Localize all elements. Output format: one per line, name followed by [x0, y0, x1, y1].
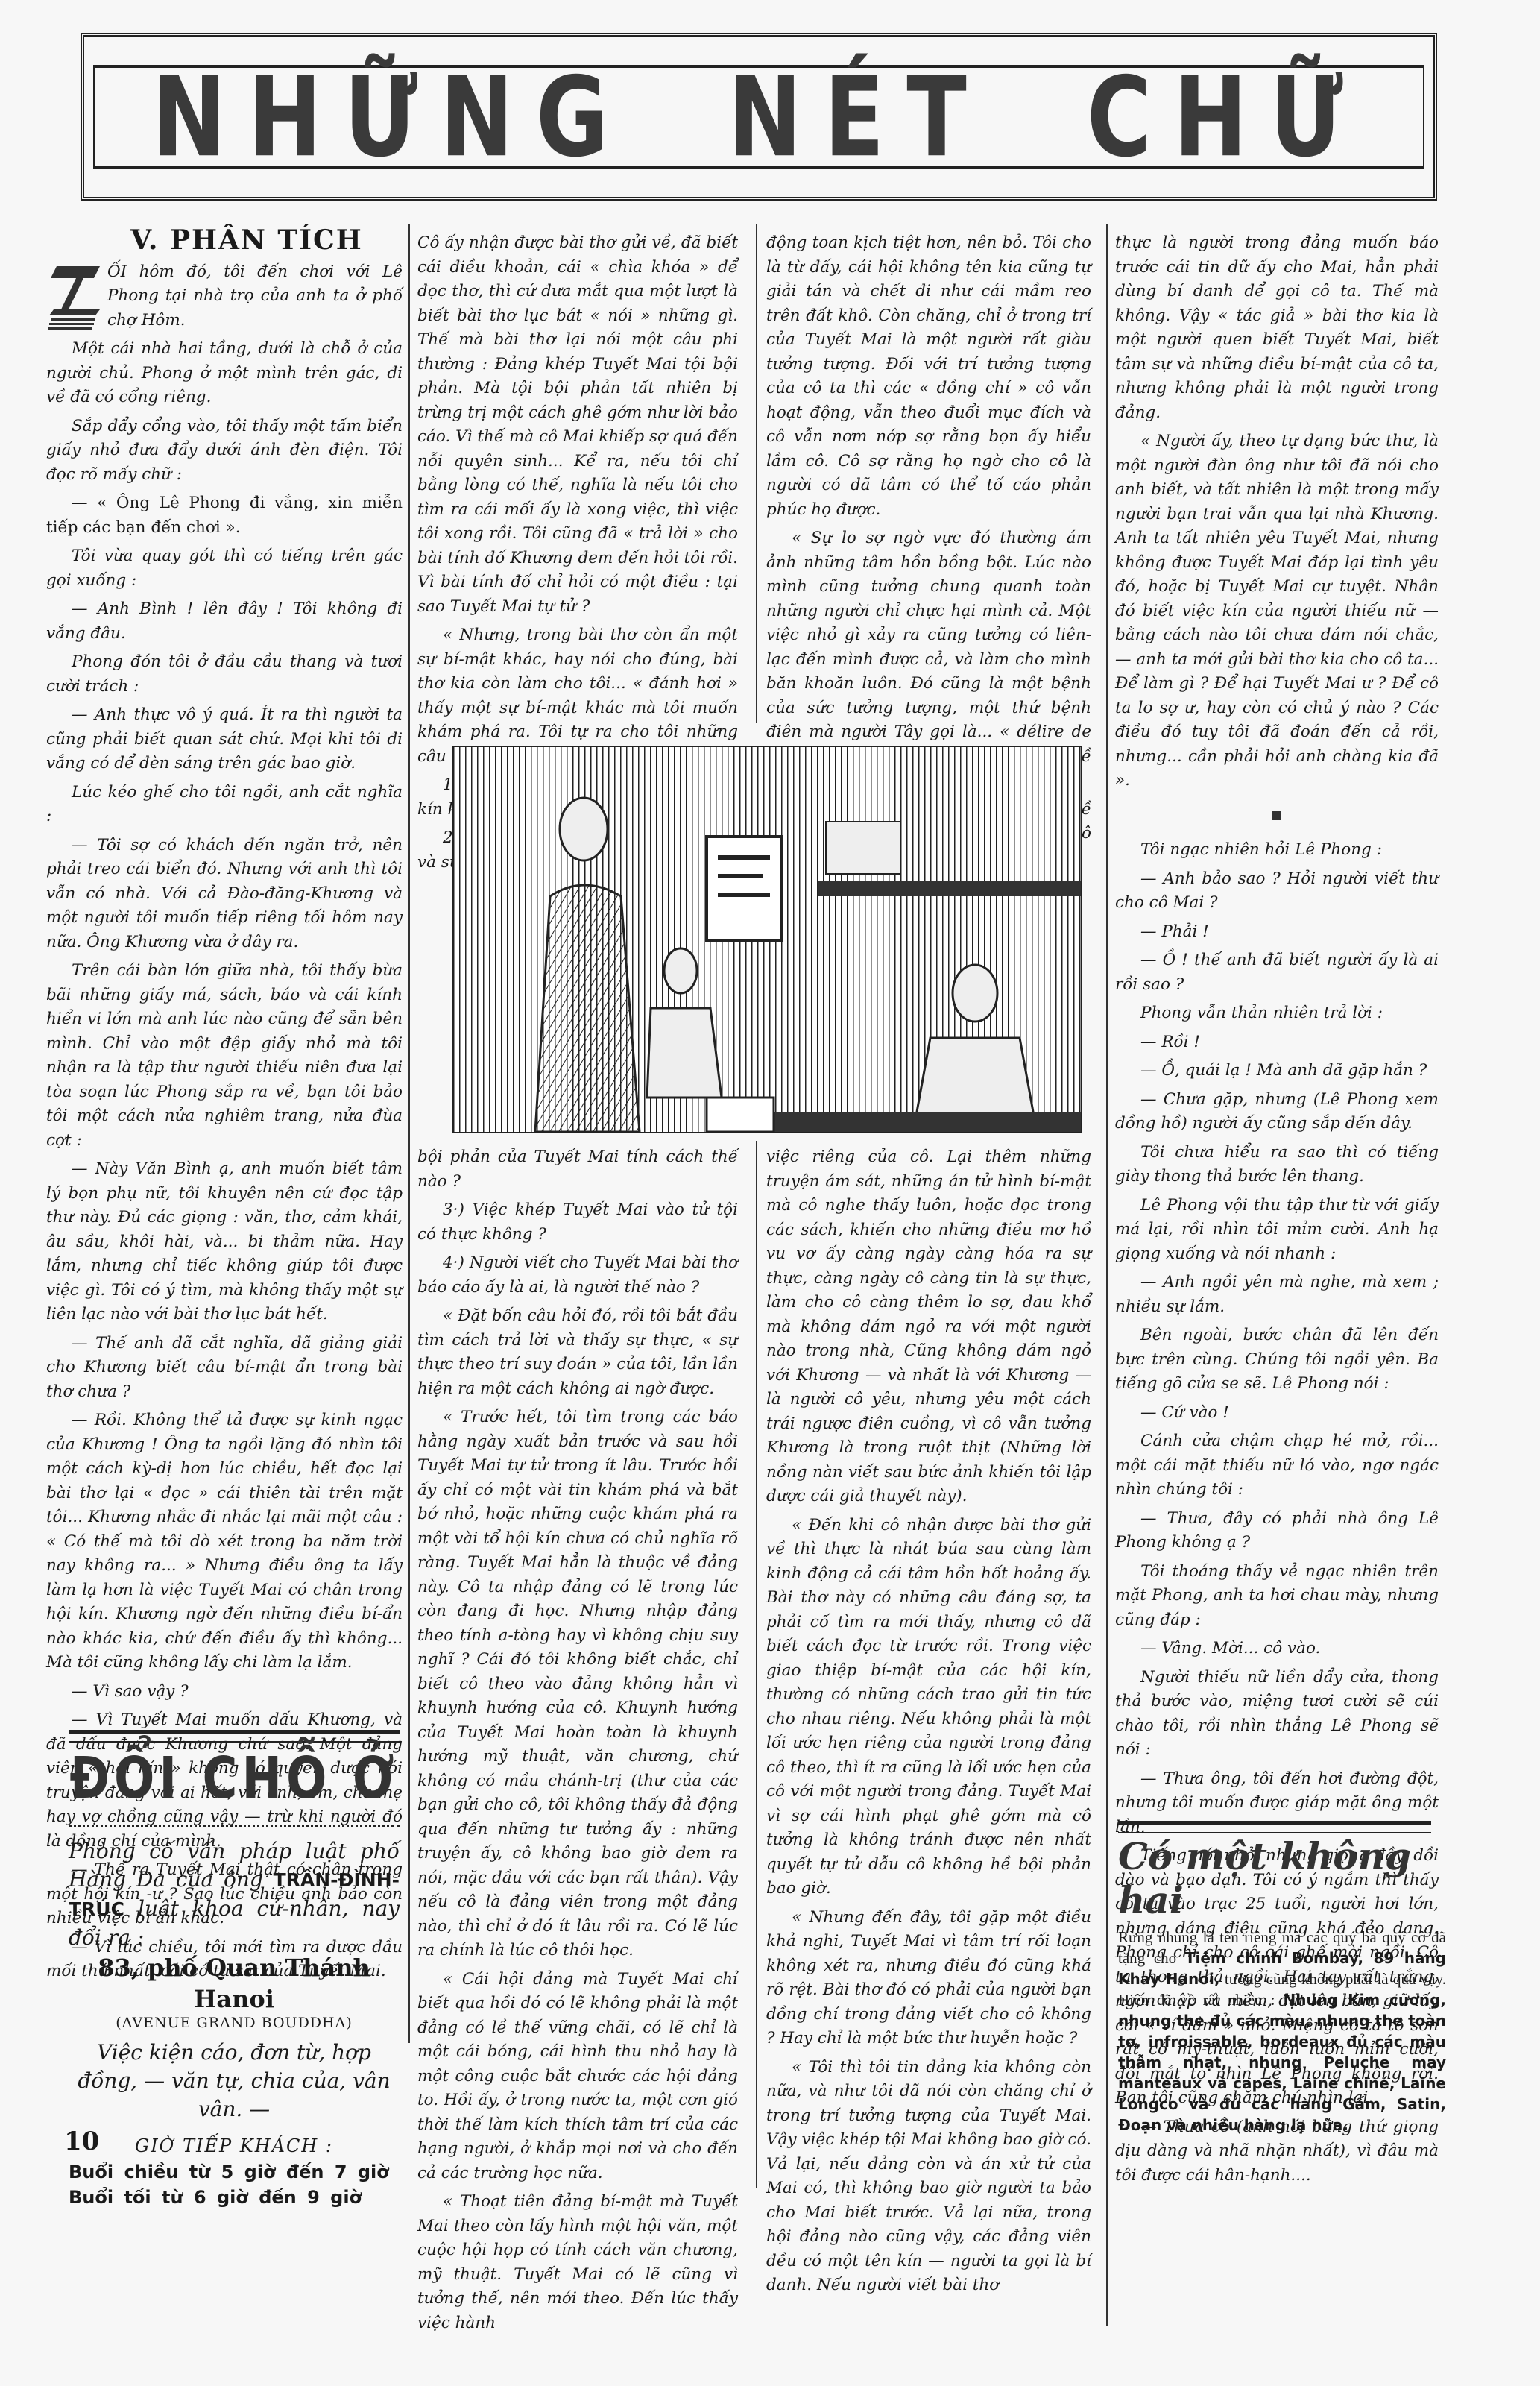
paragraph: « Tôi thì tôi tin đảng kia không còn nữa…	[766, 2056, 1091, 2298]
ad-title: Có một không hai	[1118, 1834, 1446, 1922]
dropcap-t-icon	[46, 263, 100, 330]
paragraph: 4·) Người viết cho Tuyết Mai bài thơ báo…	[417, 1251, 738, 1300]
column-divider	[408, 224, 410, 2043]
paragraph: — Cứ vào !	[1115, 1401, 1439, 1426]
paragraph: — Ồ ! thế anh đã biết người ấy là ai rồi…	[1115, 948, 1439, 997]
advertisement-doi-cho-o: ĐỔI CHỖ Ở Phòng cố vấn pháp luật phố Hàn…	[69, 1741, 400, 2210]
ad-text: Phòng cố vấn pháp luật phố Hàng Da của ô…	[69, 1837, 400, 1952]
paragraph: Tôi chưa hiểu ra sao thì có tiếng giày t…	[1115, 1141, 1439, 1189]
paragraph: — Anh thực vô ý quá. Ít ra thì người ta …	[46, 703, 403, 776]
page-number: 10	[64, 2127, 99, 2156]
ad-avenue: (AVENUE GRAND BOUDDHA)	[69, 2015, 400, 2031]
paragraph: « Đặt bốn câu hỏi đó, rồi tôi bắt đầu tì…	[417, 1304, 738, 1401]
paragraph: — Thưa, đây có phải nhà ông Lê Phong khô…	[1115, 1507, 1439, 1555]
square-ornament-icon	[1272, 811, 1281, 820]
paragraph: Lúc kéo ghế cho tôi ngồi, anh cắt nghĩa …	[46, 781, 403, 829]
paragraph: — Chưa gặp, nhưng (Lê Phong xem đồng hồ)…	[1115, 1088, 1439, 1136]
paragraph: Một cái nhà hai tầng, dưới là chỗ ở của …	[46, 337, 403, 410]
paragraph: Phong đón tôi ở đầu cầu thang và tươi cư…	[46, 650, 403, 699]
column-divider	[756, 224, 757, 723]
paragraph: bội phản của Tuyết Mai tính cách thế nào…	[417, 1145, 738, 1194]
paragraph: « Trước hết, tôi tìm trong các báo hằng …	[417, 1406, 738, 1963]
ad-body: Rừng nhung là tên riêng mà các quý bà qu…	[1118, 1927, 1446, 2135]
paragraph: « Người ấy, theo tự dạng bức thư, là một…	[1115, 429, 1439, 793]
ad-hours-1: Buổi chiều từ 5 giờ đến 7 giờ	[69, 2159, 400, 2185]
paragraph: — Vì sao vậy ?	[46, 1680, 403, 1704]
paragraph: « Cái hội đảng mà Tuyết Mai chỉ biết qua…	[417, 1968, 738, 2186]
ad-hours-2: Buổi tối từ 6 giờ đến 9 giờ	[69, 2185, 400, 2210]
paragraph: — Anh Bình ! lên đây ! Tôi không đi vắng…	[46, 597, 403, 646]
paragraph: Tôi vừa quay gót thì có tiếng trên gác g…	[46, 544, 403, 593]
ad-address: 83, phố Quan Thánh Hanoi	[69, 1952, 400, 2015]
paragraph: thực là người trong đảng muốn báo trước …	[1115, 231, 1439, 425]
paragraph: việc riêng của cô. Lại thêm những truyện…	[766, 1145, 1091, 1509]
column-divider	[756, 1141, 757, 2188]
paragraph: — Tôi sợ có khách đến ngăn trở, nên phải…	[46, 834, 403, 955]
ad-hours-heading: GIỜ TIẾP KHÁCH :	[69, 2135, 400, 2156]
header-banner: NHỮNG NÉT CHỮ	[81, 33, 1437, 201]
paragraph: Bên ngoài, bước chân đã lên đến bực trên…	[1115, 1323, 1439, 1397]
paragraph: « Thoạt tiên đảng bí-mật mà Tuyết Mai th…	[417, 2190, 738, 2335]
paragraph: Người thiếu nữ liền đẩy cửa, thong thả b…	[1115, 1666, 1439, 1763]
paragraph: Cánh cửa chậm chạp hé mở, rồi... một cái…	[1115, 1429, 1439, 1502]
paragraph: Cô ấy nhận được bài thơ gửi về, đã biết …	[417, 231, 738, 619]
section-separator	[1115, 804, 1439, 828]
paragraph: Phong vẫn thản nhiên trả lời :	[1115, 1001, 1439, 1026]
paragraph: — Vâng. Mời... cô vào.	[1115, 1637, 1439, 1661]
advertisement-co-mot-khong-hai: Có một không hai Rừng nhung là tên riêng…	[1118, 1819, 1446, 2135]
article-column-1: V. PHÂN TÍCH ỐI hôm đó, tôi đến chơi với…	[46, 224, 403, 1989]
paragraph: Trên cái bàn lớn giữa nhà, tôi thấy bừa …	[46, 959, 403, 1153]
story-illustration	[452, 746, 1082, 1133]
column-divider	[1106, 224, 1108, 2326]
paragraph: Sắp đẩy cổng vào, tôi thấy một tấm biển …	[46, 415, 403, 488]
paragraph: — Anh bảo sao ? Hỏi người viết thư cho c…	[1115, 867, 1439, 916]
paragraph: — Anh ngồi yên mà nghe, mà xem ; nhiều s…	[1115, 1271, 1439, 1319]
article-column-2-bottom: bội phản của Tuyết Mai tính cách thế nào…	[417, 1145, 738, 2340]
paragraph: 3·) Việc khép Tuyết Mai vào tử tội có th…	[417, 1198, 738, 1247]
paragraph: — Rồi. Không thể tả được sự kinh ngạc củ…	[46, 1408, 403, 1675]
paragraph: Tôi ngạc nhiên hỏi Lê Phong :	[1115, 838, 1439, 863]
paragraph: — Thế anh đã cắt nghĩa, đã giảng giải ch…	[46, 1332, 403, 1405]
paragraph: — Phải !	[1115, 920, 1439, 945]
wave-divider	[69, 1816, 400, 1827]
paragraph: — Rồi !	[1115, 1030, 1439, 1055]
banner-frame: NHỮNG NÉT CHỮ	[93, 65, 1424, 169]
woodcut-scene-icon	[453, 747, 1081, 1132]
section-title: V. PHÂN TÍCH	[91, 228, 403, 253]
ad-title: ĐỔI CHỖ Ở	[69, 1746, 400, 1813]
paragraph: « Nhưng đến đây, tôi gặp một điều khả ng…	[766, 1906, 1091, 2051]
paragraph: Tôi thoáng thấy vẻ ngạc nhiên trên mặt P…	[1115, 1560, 1439, 1633]
paragraph: động toan kịch tiệt hơn, nên bỏ. Tôi cho…	[766, 231, 1091, 522]
page-title: NHỮNG NÉT CHỮ	[152, 52, 1366, 181]
article-column-3-bottom: việc riêng của cô. Lại thêm những truyện…	[766, 1145, 1091, 2302]
paragraph: — « Ông Lê Phong đi vắng, xin miễn tiếp …	[46, 491, 403, 540]
paragraph: « Đến khi cô nhận được bài thơ gửi về th…	[766, 1514, 1091, 1901]
paragraph: — Này Văn Bình ạ, anh muốn biết tâm lý b…	[46, 1157, 403, 1327]
paragraph: Lê Phong vội thu tập thư từ với giấy má …	[1115, 1194, 1439, 1267]
goods-list: Nhung Kim cương, nhung the đủ các màu, n…	[1118, 1991, 1446, 2134]
ad-services: Việc kiện cáo, đơn từ, hợp đồng, — văn t…	[69, 2039, 400, 2124]
paragraph: — Ồ, quái lạ ! Mà anh đã gặp hắn ?	[1115, 1059, 1439, 1083]
